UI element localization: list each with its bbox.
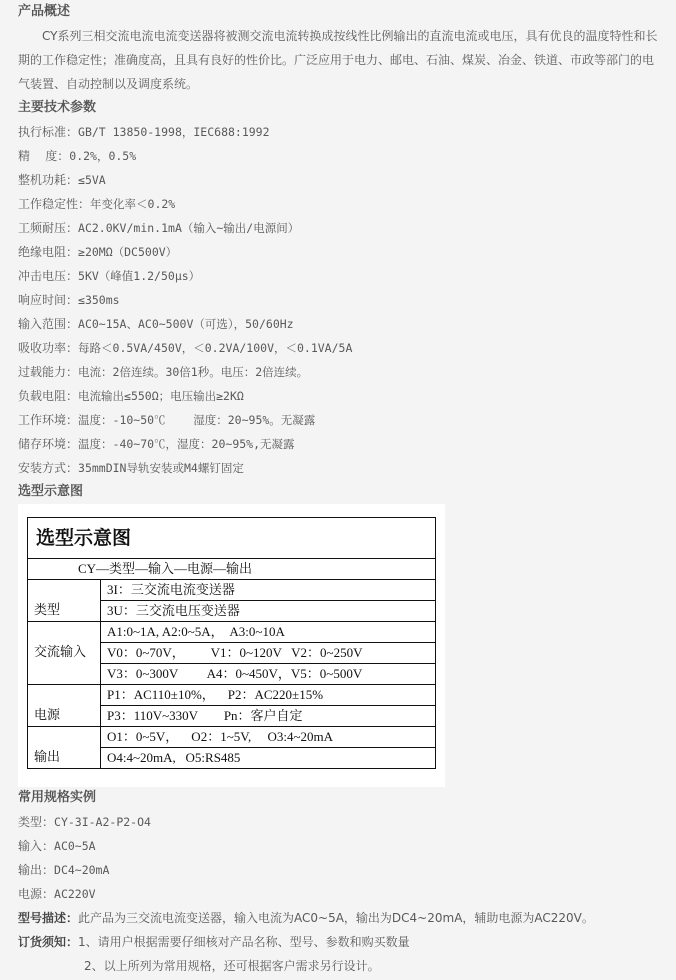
option-3i: 3I：三交流电流变送器 — [101, 580, 436, 601]
option-3u: 3U：三交流电压变送器 — [101, 601, 436, 622]
spec-stability: 工作稳定性：年变化率＜0.2% — [18, 192, 668, 216]
option-input-voltage-1: V0：0~70V， V1：0~120V V2：0~250V — [101, 643, 436, 664]
spec-storage-environment: 储存环境：温度：-40~70℃，湿度：20~95%,无凝露 — [18, 432, 668, 456]
example-output: 输出：DC4~20mA — [18, 858, 668, 882]
example-heading: 常用规格实例 — [18, 786, 668, 810]
specs-list: 执行标准：GB/T 13850-1998，IEC688:1992 精 度：0.2… — [18, 120, 668, 480]
option-input-current: A1:0~1A, A2:0~5A， A3:0~10A — [101, 622, 436, 643]
option-power-1: P1：AC110±10%， P2：AC220±15% — [101, 685, 436, 706]
spec-operating-environment: 工作环境：温度：-10~50℃ 湿度：20~95%。无凝露 — [18, 408, 668, 432]
option-output-2: O4:4~20mA, O5:RS485 — [101, 748, 436, 769]
category-type: 类型 — [28, 580, 101, 622]
selection-diagram-image: 选型示意图 CY—类型—输入—电源—输出 类型 3I：三交流电流变送器 3U：三… — [18, 504, 445, 787]
selection-table: 选型示意图 CY—类型—输入—电源—输出 类型 3I：三交流电流变送器 3U：三… — [27, 517, 436, 769]
specs-heading: 主要技术参数 — [18, 96, 668, 120]
spec-response-time: 响应时间：≤350ms — [18, 288, 668, 312]
order-notes: 订货须知：1、请用户根据需要仔细核对产品名称、型号、参数和购买数量 — [18, 930, 668, 954]
order-note-1: 1、请用户根据需要仔细核对产品名称、型号、参数和购买数量 — [78, 935, 410, 949]
example-power: 电源：AC220V — [18, 882, 668, 906]
overview-heading: 产品概述 — [18, 0, 668, 24]
spec-accuracy: 精 度：0.2%，0.5% — [18, 144, 668, 168]
spec-load-resistance: 负载电阻：电流输出≤550Ω；电压输出≥2KΩ — [18, 384, 668, 408]
product-page: 产品概述 CY系列三相交流电流电流变送器将被测交流电流转换成按线性比例输出的直流… — [18, 0, 668, 504]
selection-formula: CY—类型—输入—电源—输出 — [28, 559, 436, 580]
example-section: 常用规格实例 类型：CY-3I-A2-P2-O4 输入：AC0~5A 输出：DC… — [18, 786, 668, 978]
category-output: 输出 — [28, 727, 101, 769]
category-ac-input: 交流输入 — [28, 622, 101, 685]
spec-overload: 过载能力：电流：2倍连续。30倍1秒。电压：2倍连续。 — [18, 360, 668, 384]
order-note-2: 2、以上所列为常用规格，还可根据客户需求另行设计。 — [18, 954, 668, 978]
option-output-1: O1：0~5V， O2：1~5V, O3:4~20mA — [101, 727, 436, 748]
example-type: 类型：CY-3I-A2-P2-O4 — [18, 810, 668, 834]
option-input-voltage-2: V3：0~300V A4：0~450V，V5：0~500V — [101, 664, 436, 685]
spec-power-consumption: 整机功耗：≤5VA — [18, 168, 668, 192]
spec-standard: 执行标准：GB/T 13850-1998，IEC688:1992 — [18, 120, 668, 144]
example-input: 输入：AC0~5A — [18, 834, 668, 858]
spec-input-range: 输入范围：AC0~15A、AC0~500V（可选），50/60Hz — [18, 312, 668, 336]
overview-text: CY系列三相交流电流电流变送器将被测交流电流转换成按线性比例输出的直流电流或电压… — [18, 24, 658, 96]
selection-heading: 选型示意图 — [18, 480, 668, 504]
spec-withstand-voltage: 工频耐压：AC2.0KV/min.1mA（输入~输出/电源间） — [18, 216, 668, 240]
option-power-2: P3：110V~330V Pn：客户自定 — [101, 706, 436, 727]
model-description: 型号描述：此产品为三交流电流变送器，输入电流为AC0~5A，输出为DC4~20m… — [18, 906, 668, 930]
spec-impulse-voltage: 冲击电压：5KV（峰值1.2/50μs） — [18, 264, 668, 288]
selection-table-title: 选型示意图 — [28, 518, 436, 559]
spec-absorbed-power: 吸收功率：每路＜0.5VA/450V，＜0.2VA/100V，＜0.1VA/5A — [18, 336, 668, 360]
spec-mounting: 安装方式：35mmDIN导轨安装或M4螺钉固定 — [18, 456, 668, 480]
category-power: 电源 — [28, 685, 101, 727]
spec-insulation: 绝缘电阻：≥20MΩ（DC500V） — [18, 240, 668, 264]
